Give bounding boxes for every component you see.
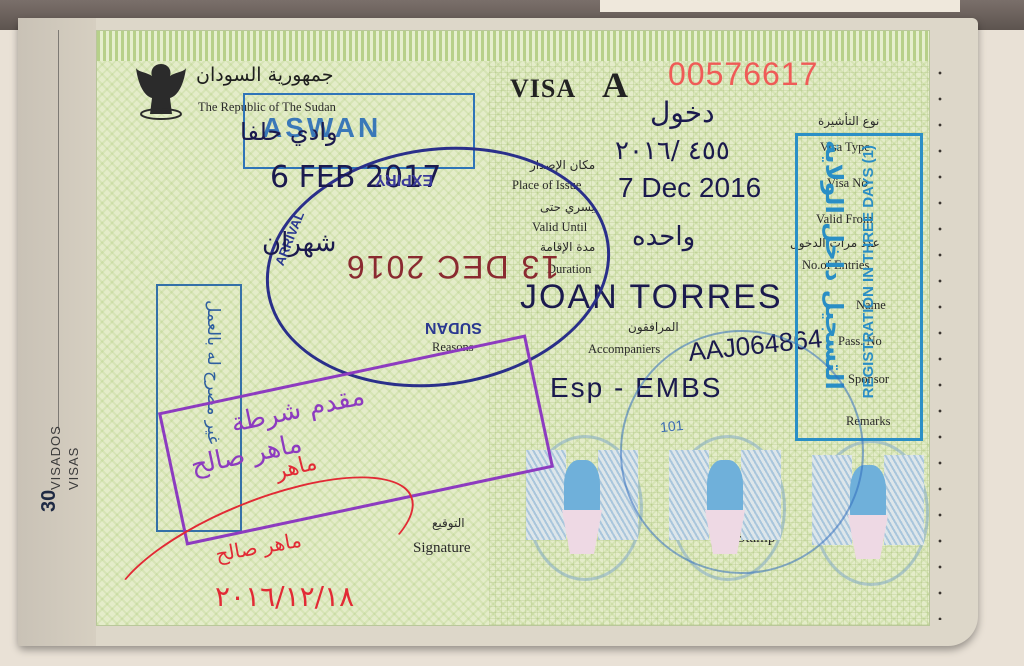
handwritten-duration: شهران [262, 228, 336, 258]
arrival-stamp-country: SUDAN [425, 318, 482, 336]
visa-title: VISA [510, 74, 576, 104]
visa-serial-number: 00576617 [668, 56, 818, 93]
section-label-en: VISAS [66, 447, 81, 490]
visa-type-label-ar: نوع التأشيرة [818, 114, 879, 128]
page-gutter [18, 18, 96, 646]
registration-stamp-ar: التسجيل داخل الولاية [820, 140, 848, 390]
valid-from-value: 7 Dec 2016 [618, 172, 761, 204]
country-name-ar: جمهورية السودان [196, 64, 334, 86]
expiry-stamp-text: EXPIRY [375, 170, 433, 188]
page-number: 30 [38, 490, 61, 512]
sudan-emblem-icon [134, 58, 188, 120]
accompaniers-label: Accompaniers [588, 342, 660, 357]
section-label-es: VISADOS [48, 425, 63, 490]
red-handwritten-date: ٢٠١٦/١٢/١٨ [215, 580, 354, 613]
entries-value: واحده [632, 222, 695, 252]
adjacent-page-edge [600, 0, 960, 12]
accompaniers-label-ar: المرافقون [628, 320, 679, 334]
perforation-dots [935, 60, 945, 620]
signature-label: Signature [413, 540, 471, 557]
gutter-line [58, 30, 59, 430]
round-entry-stamp [620, 330, 864, 574]
visa-class: A [602, 64, 628, 106]
visa-no-value: ٤٥٥ /٢٠١٦ [615, 136, 730, 166]
round-stamp-number: 101 [659, 417, 684, 435]
arrival-stamp-date: 13 DEC 2016 [345, 248, 559, 285]
registration-stamp-en: REGISTRATION IN THREE DAYS (1) [860, 145, 877, 398]
aswan-handwriting: وادي حلفا [240, 118, 338, 146]
visa-type-value: دخول [650, 96, 715, 129]
signature-label-ar: التوقيع [432, 516, 465, 530]
